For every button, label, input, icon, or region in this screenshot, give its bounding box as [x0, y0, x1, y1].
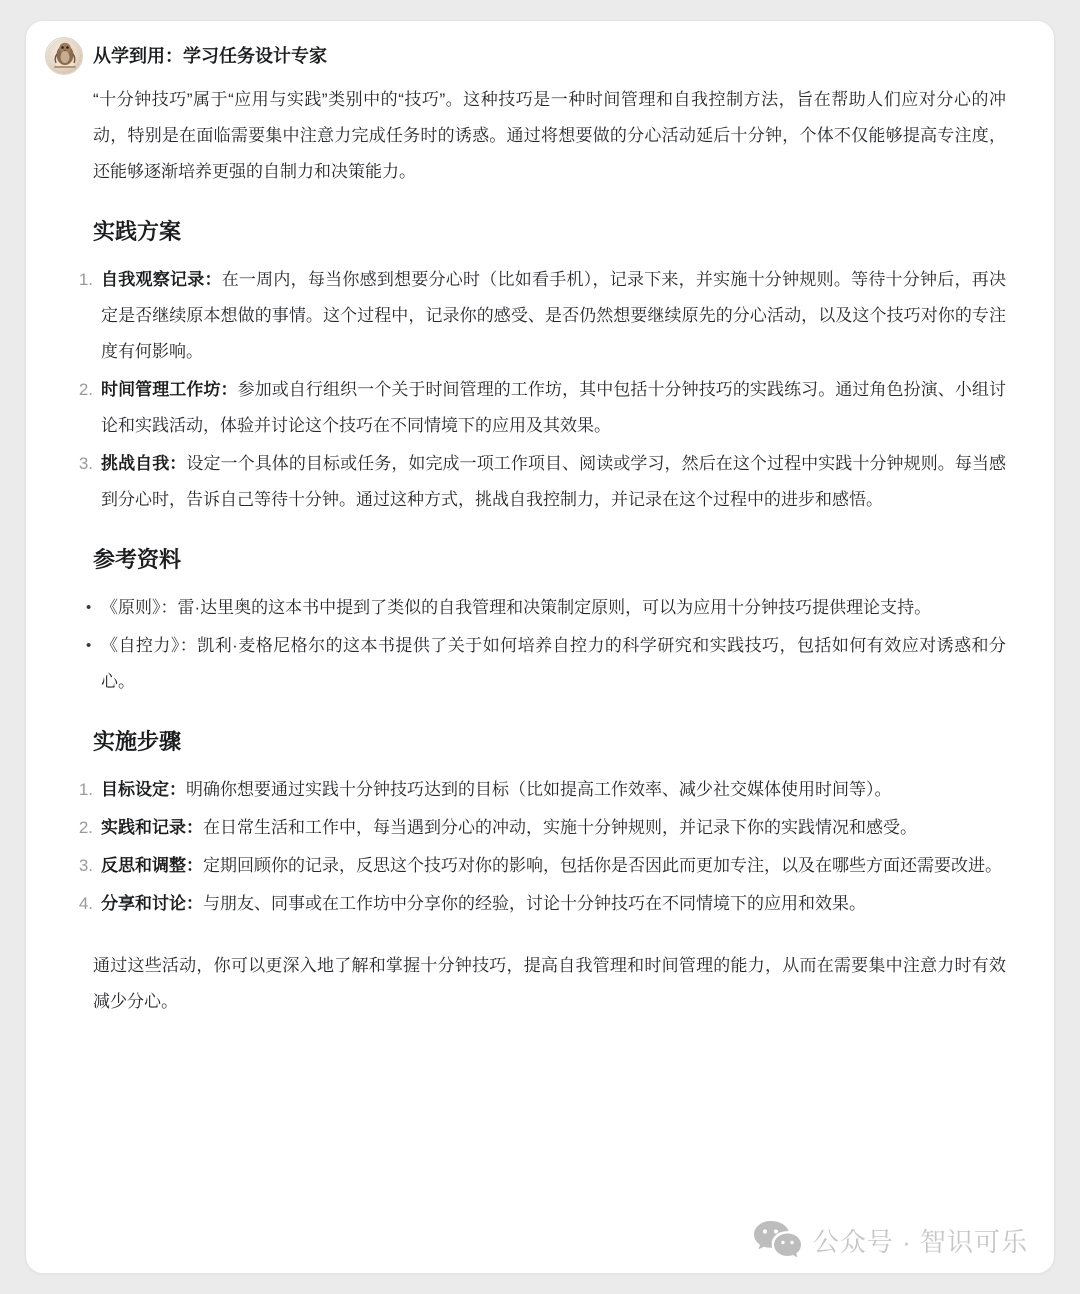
bullet-marker-icon: •: [86, 590, 106, 626]
assistant-avatar: [45, 37, 83, 75]
list-item: 4.分享和讨论：与朋友、同事或在工作坊中分享你的经验，讨论十分钟技巧在不同情境下…: [73, 886, 1006, 922]
list-item: •《原则》：雷·达里奥的这本书中提到了类似的自我管理和决策制定原则，可以为应用十…: [73, 590, 1006, 626]
item-label: 时间管理工作坊：: [101, 380, 238, 399]
wechat-icon: [753, 1219, 801, 1261]
item-label: 《自控力》：: [101, 636, 197, 655]
list-number-marker: 4.: [73, 886, 93, 922]
item-label: 挑战自我：: [101, 454, 186, 473]
list-number-marker: 2.: [73, 810, 93, 846]
owl-reading-avatar-icon: [46, 38, 83, 75]
item-label: 《原则》：: [101, 598, 178, 617]
sections: 实践方案1.自我观察记录：在一周内，每当你感到想要分心时（比如看手机），记录下来…: [93, 217, 1006, 922]
list-item: 2.实践和记录：在日常生活和工作中，每当遇到分心的冲动，实施十分钟规则，并记录下…: [73, 810, 1006, 846]
item-label: 自我观察记录：: [101, 270, 222, 289]
section-heading-2: 参考资料: [93, 545, 1006, 575]
watermark-text: 公众号 · 智识可乐: [813, 1222, 1028, 1259]
section-heading-1: 实践方案: [93, 217, 1006, 247]
list-item: 3.反思和调整：定期回顾你的记录，反思这个技巧对你的影响，包括你是否因此而更加专…: [73, 848, 1006, 884]
message-header: 从学到用：学习任务设计专家: [45, 37, 1006, 75]
intro-paragraph: “十分钟技巧”属于“应用与实践”类别中的“技巧”。这种技巧是一种时间管理和自我控…: [93, 82, 1006, 190]
list-number-marker: 1.: [73, 772, 93, 808]
list-number-marker: 2.: [73, 372, 93, 408]
list-item: 2.时间管理工作坊：参加或自行组织一个关于时间管理的工作坊，其中包括十分钟技巧的…: [73, 372, 1006, 444]
bullet-marker-icon: •: [86, 628, 106, 664]
item-text: 设定一个具体的目标或任务，如完成一项工作项目、阅读或学习，然后在这个过程中实践十…: [101, 454, 1006, 509]
ordered-list: 1.目标设定：明确你想要通过实践十分钟技巧达到的目标（比如提高工作效率、减少社交…: [73, 772, 1006, 922]
item-text: 参加或自行组织一个关于时间管理的工作坊，其中包括十分钟技巧的实践练习。通过角色扮…: [101, 380, 1006, 435]
item-text: 凯利·麦格尼格尔的这本书提供了关于如何培养自控力的科学研究和实践技巧，包括如何有…: [101, 636, 1006, 691]
section-heading-3: 实施步骤: [93, 727, 1006, 757]
chat-message-card: 从学到用：学习任务设计专家 “十分钟技巧”属于“应用与实践”类别中的“技巧”。这…: [25, 20, 1055, 1274]
list-item: •《自控力》：凯利·麦格尼格尔的这本书提供了关于如何培养自控力的科学研究和实践技…: [73, 628, 1006, 700]
item-label: 反思和调整：: [101, 856, 203, 875]
list-item: 1.自我观察记录：在一周内，每当你感到想要分心时（比如看手机），记录下来，并实施…: [73, 262, 1006, 370]
item-text: 雷·达里奥的这本书中提到了类似的自我管理和决策制定原则，可以为应用十分钟技巧提供…: [178, 598, 932, 617]
item-text: 在日常生活和工作中，每当遇到分心的冲动，实施十分钟规则，并记录下你的实践情况和感…: [203, 818, 917, 837]
list-item: 1.目标设定：明确你想要通过实践十分钟技巧达到的目标（比如提高工作效率、减少社交…: [73, 772, 1006, 808]
closing-paragraph: 通过这些活动，你可以更深入地了解和掌握十分钟技巧，提高自我管理和时间管理的能力，…: [93, 948, 1006, 1020]
list-item: 3.挑战自我：设定一个具体的目标或任务，如完成一项工作项目、阅读或学习，然后在这…: [73, 446, 1006, 518]
list-number-marker: 1.: [73, 262, 93, 298]
list-number-marker: 3.: [73, 848, 93, 884]
item-label: 目标设定：: [101, 780, 186, 799]
watermark: 公众号 · 智识可乐: [753, 1219, 1028, 1261]
bullet-list: •《原则》：雷·达里奥的这本书中提到了类似的自我管理和决策制定原则，可以为应用十…: [73, 590, 1006, 700]
assistant-title: 从学到用：学习任务设计专家: [93, 37, 327, 75]
item-text: 明确你想要通过实践十分钟技巧达到的目标（比如提高工作效率、减少社交媒体使用时间等…: [186, 780, 892, 799]
item-text: 在一周内，每当你感到想要分心时（比如看手机），记录下来，并实施十分钟规则。等待十…: [101, 270, 1006, 361]
item-label: 实践和记录：: [101, 818, 203, 837]
item-text: 与朋友、同事或在工作坊中分享你的经验，讨论十分钟技巧在不同情境下的应用和效果。: [203, 894, 866, 913]
list-number-marker: 3.: [73, 446, 93, 482]
item-label: 分享和讨论：: [101, 894, 203, 913]
item-text: 定期回顾你的记录，反思这个技巧对你的影响，包括你是否因此而更加专注，以及在哪些方…: [203, 856, 1002, 875]
ordered-list: 1.自我观察记录：在一周内，每当你感到想要分心时（比如看手机），记录下来，并实施…: [73, 262, 1006, 518]
